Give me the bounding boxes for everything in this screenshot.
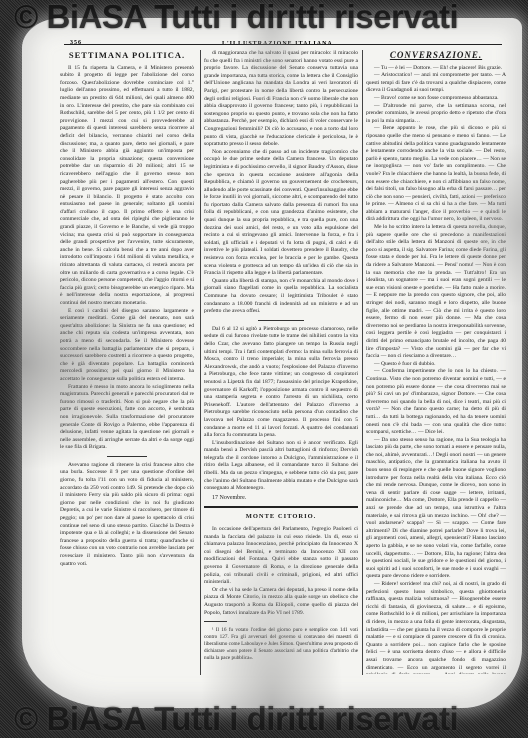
article-paragraph: — Aristocratico! — anzi mi compromette p… (366, 72, 506, 95)
header-rule (64, 44, 502, 45)
article-paragraph: Quanto alla libertà di stampa, non c'è m… (204, 278, 358, 316)
article-paragraph: E così i cardini del disegno saranno lar… (60, 308, 194, 384)
section-title: MONTE CITORIO. (204, 513, 358, 521)
article-paragraph: — Conferma impertinente che lo non lo ha… (366, 368, 506, 436)
column-settimana-politica: SETTIMANA POLITICA. Il 15 fu riaperta la… (60, 50, 194, 680)
article-paragraph: — D'altronde mi parve, che la settimana … (366, 103, 506, 126)
section-title: SETTIMANA POLITICA. (60, 52, 194, 60)
footnote-rule (204, 621, 227, 622)
separator-rule (107, 456, 147, 457)
separator-rule (258, 320, 304, 321)
article-paragraph: L'insubordinazione del Sultano non si è … (204, 440, 358, 493)
article-paragraph: — Bravo! come se non fosse compromesso a… (366, 95, 506, 103)
column-divider (200, 50, 201, 675)
article-paragraph: Non accenniamo che di passo ad un incide… (204, 149, 358, 278)
article-paragraph: Me lo ho scritto intero la lettera di qu… (366, 224, 506, 361)
article-paragraph: — Ridere! sorridere! ma chi? noi, ai di … (366, 581, 506, 674)
article-paragraph: Frattanto è messo in moto ancora lo scio… (60, 384, 194, 452)
article-paragraph: — Tu — è lei — Dottore. — Eh! che piacer… (366, 65, 506, 73)
article-paragraph: Il 15 fu riaperta la Camera, e il Minist… (60, 65, 194, 308)
page-number: 356 (70, 40, 82, 46)
article-paragraph: In occasione dell'apertura del Parlament… (204, 526, 358, 587)
column-middle: di maggioranza che ha salvato il quasi p… (204, 50, 358, 674)
article-paragraph: Avevamo ragione di ritenere la crisi fra… (60, 462, 194, 568)
article-paragraph: — Bene appunto le rose, che più si dicon… (366, 125, 506, 224)
article-paragraph: Dal 6 al 12 si agitò a Pietroburgo un pr… (204, 326, 358, 440)
article-paragraph: — Da uno stesso senso ha ragione, ma la … (366, 437, 506, 581)
newspaper-page: 356 L'ILLUSTRAZIONE ITALIANA SETTIMANA P… (22, 18, 522, 708)
watermark-top: © BiASA Tutti i diritti riservati (14, 0, 458, 36)
footnote: ¹ Il 16 fu votato l'ordine del giorno pu… (204, 627, 358, 662)
dateline: 17 Novembre. (212, 495, 358, 503)
column-conversazione: CONVERSAZIONE. — Tu — è lei — Dottore. —… (366, 50, 506, 674)
article-paragraph: Or che vi ha sede la Camera dei deputati… (204, 587, 358, 617)
watermark-bottom: © BiASA Tutti i diritti riservati (14, 700, 458, 738)
article-paragraph: di maggioranza che ha salvato il quasi p… (204, 50, 358, 149)
column-divider (362, 50, 363, 675)
separator-rule (204, 506, 358, 508)
section-title: CONVERSAZIONE. (366, 52, 506, 60)
